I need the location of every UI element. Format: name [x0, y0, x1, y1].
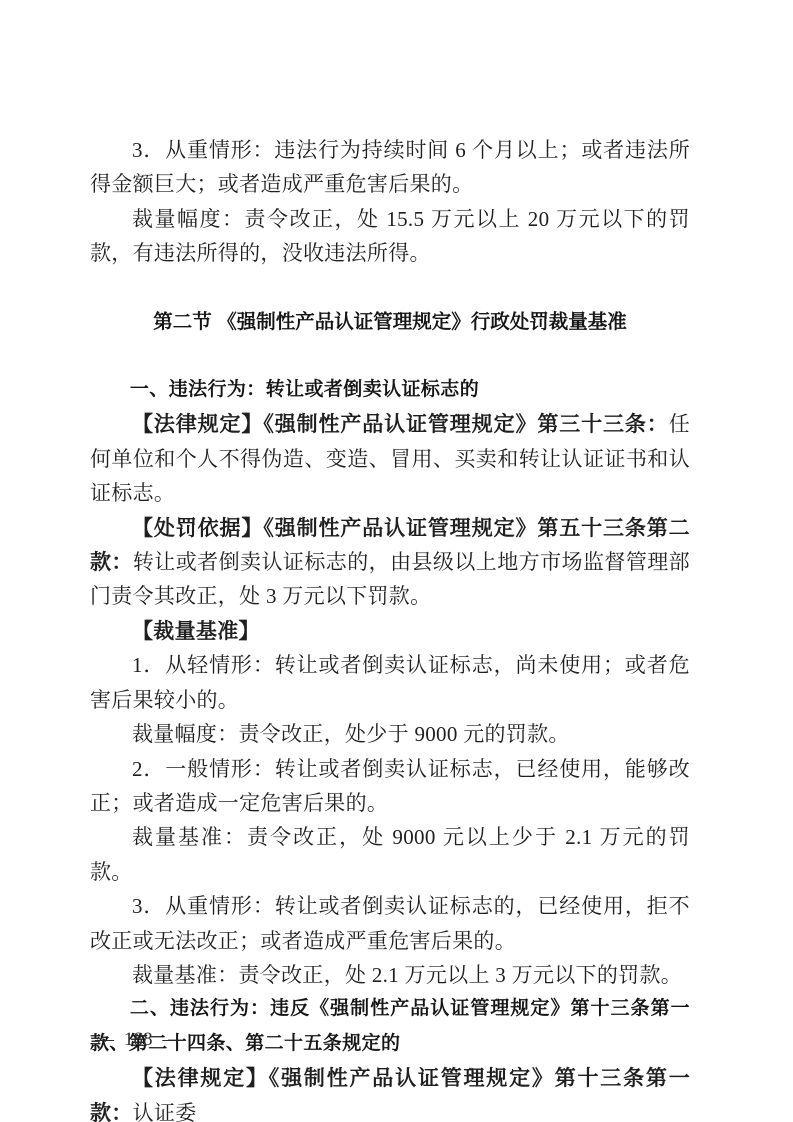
body-paragraph: 【法律规定】《强制性产品认证管理规定》第三十三条：任何单位和个人不得伪造、变造、… — [90, 407, 690, 510]
body-paragraph: 3．从重情形：违法行为持续时间 6 个月以上；或者违法所得金额巨大；或者造成严重… — [90, 133, 690, 202]
violation-heading-1: 一、违法行为：转让或者倒卖认证标志的 — [90, 373, 690, 407]
body-paragraph: 裁量幅度：责令改正，处少于 9000 元的罚款。 — [90, 717, 690, 751]
paragraph-bold-lead: 【法律规定】《强制性产品认证管理规定》第三十三条： — [132, 412, 669, 436]
body-paragraph: 裁量基准：责令改正，处 2.1 万元以上 3 万元以下的罚款。 — [90, 958, 690, 992]
page-number: 188 — [124, 1029, 153, 1050]
paragraph-text: 裁量幅度：责令改正，处 15.5 万元以上 20 万元以下的罚款，有违法所得的，… — [90, 207, 690, 265]
paragraph-text: 3．从重情形：违法行为持续时间 6 个月以上；或者违法所得金额巨大；或者造成严重… — [90, 138, 690, 196]
paragraph-text: 1．从轻情形：转让或者倒卖认证标志，尚未使用；或者危害后果较小的。 — [90, 653, 690, 711]
paragraph-text: 转让或者倒卖认证标志的，由县级以上地方市场监督管理部门责令其改正，处 3 万元以… — [90, 550, 690, 608]
body-paragraph: 3．从重情形：转让或者倒卖认证标志的，已经使用，拒不改正或无法改正；或者造成严重… — [90, 889, 690, 958]
footer-dash-left: — — [95, 1029, 114, 1050]
paragraph-text: 2．一般情形：转让或者倒卖认证标志，已经使用，能够改正；或者造成一定危害后果的。 — [90, 757, 690, 815]
footer-dash-right: — — [163, 1029, 182, 1050]
paragraph-text: 认证委 — [133, 1101, 197, 1122]
body-paragraph: 【处罚依据】《强制性产品认证管理规定》第五十三条第二款：转让或者倒卖认证标志的，… — [90, 511, 690, 614]
paragraph-text: 裁量幅度：责令改正，处少于 9000 元的罚款。 — [132, 722, 570, 746]
section-title: 第二节 《强制性产品认证管理规定》行政处罚裁量基准 — [90, 305, 690, 339]
body-paragraph: 【裁量基准】 — [90, 614, 690, 648]
paragraph-text: 裁量基准：责令改正，处 2.1 万元以上 3 万元以下的罚款。 — [132, 963, 682, 987]
page-content: 3．从重情形：违法行为持续时间 6 个月以上；或者违法所得金额巨大；或者造成严重… — [90, 133, 690, 1122]
body-paragraph: 【法律规定】《强制性产品认证管理规定》第十三条第一款：认证委 — [90, 1061, 690, 1122]
body-paragraph: 裁量幅度：责令改正，处 15.5 万元以上 20 万元以下的罚款，有违法所得的，… — [90, 202, 690, 271]
document-page: 3．从重情形：违法行为持续时间 6 个月以上；或者违法所得金额巨大；或者造成严重… — [0, 0, 793, 1122]
body-paragraph: 2．一般情形：转让或者倒卖认证标志，已经使用，能够改正；或者造成一定危害后果的。 — [90, 752, 690, 821]
body-paragraph: 裁量基准：责令改正，处 9000 元以上少于 2.1 万元的罚款。 — [90, 820, 690, 889]
paragraph-text: 裁量基准：责令改正，处 9000 元以上少于 2.1 万元的罚款。 — [90, 825, 690, 883]
body-paragraph: 1．从轻情形：转让或者倒卖认证标志，尚未使用；或者危害后果较小的。 — [90, 648, 690, 717]
paragraph-bold-lead: 【裁量基准】 — [132, 619, 260, 643]
page-footer: —188— — [95, 1026, 182, 1054]
paragraph-text: 3．从重情形：转让或者倒卖认证标志的，已经使用，拒不改正或无法改正；或者造成严重… — [90, 894, 690, 952]
